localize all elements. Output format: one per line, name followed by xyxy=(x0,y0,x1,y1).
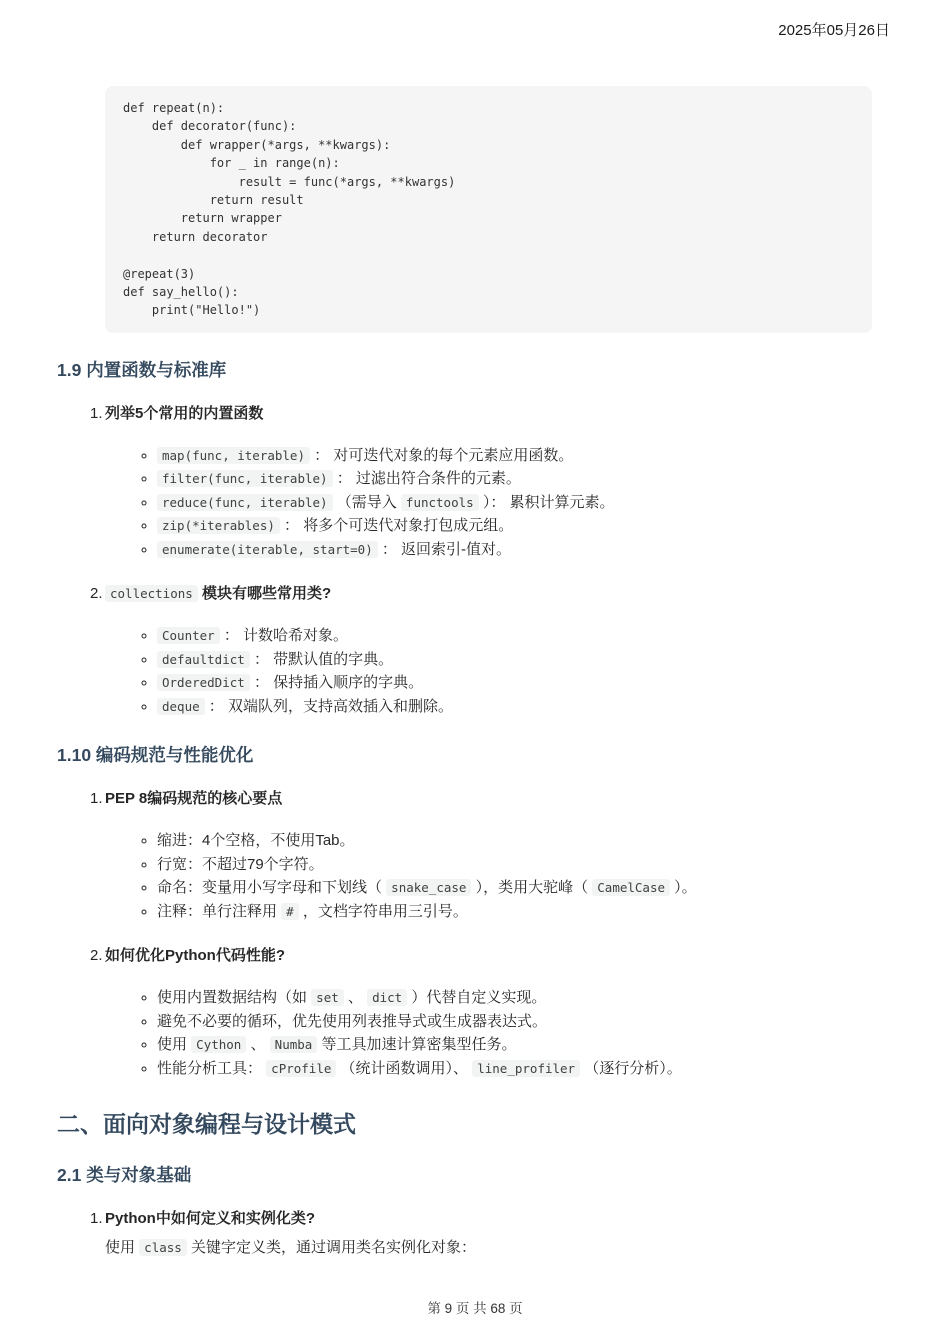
inline-code: dict xyxy=(367,989,407,1006)
text-segment: PEP 8编码规范的核心要点 xyxy=(105,790,282,807)
question-title-line: 2.collections 模块有哪些常用类? xyxy=(57,584,890,604)
text-segment: 避免不必要的循环，优先使用列表推导式或生成器表达式。 xyxy=(157,1013,547,1030)
list-item: 行宽：不超过79个字符。 xyxy=(157,853,890,877)
question-number: 1. xyxy=(90,1209,105,1229)
section-heading-1-9: 1.9 内置函数与标准库 xyxy=(57,360,890,381)
question-number: 2. xyxy=(90,584,105,604)
text-segment: ）： 累积计算元素。 xyxy=(479,494,615,511)
list-item: OrderedDict ： 保持插入顺序的字典。 xyxy=(157,671,890,695)
list-item: 注释：单行注释用 # ，文档字符串用三引号。 xyxy=(157,900,890,924)
list-item: reduce(func, iterable) （需导入 functools ）：… xyxy=(157,491,890,515)
question-title: PEP 8编码规范的核心要点 xyxy=(105,790,282,807)
question-title: collections 模块有哪些常用类? xyxy=(105,585,331,602)
inline-code: set xyxy=(311,989,344,1006)
inline-code: class xyxy=(139,1239,187,1256)
text-segment: ），类用大驼峰（ xyxy=(471,879,592,896)
text-segment: 行宽：不超过79个字符。 xyxy=(157,856,324,873)
bullet-list: Counter ： 计数哈希对象。 defaultdict ： 带默认值的字典。… xyxy=(57,624,890,718)
question-item: 2.如何优化Python代码性能? 使用内置数据结构（如 set 、 dict … xyxy=(57,946,890,1080)
question-number: 1. xyxy=(90,789,105,809)
text-segment: ： 将多个可迭代对象打包成元组。 xyxy=(280,517,513,534)
text-segment: 模块有哪些常用类? xyxy=(198,585,331,602)
document-date: 2025年05月26日 xyxy=(57,22,890,40)
question-title-line: 1.PEP 8编码规范的核心要点 xyxy=(57,789,890,809)
list-item: deque ： 双端队列，支持高效插入和删除。 xyxy=(157,695,890,719)
inline-code: Cython xyxy=(191,1036,246,1053)
inline-code: defaultdict xyxy=(157,651,250,668)
list-item: filter(func, iterable) ： 过滤出符合条件的元素。 xyxy=(157,467,890,491)
inline-code: functools xyxy=(401,494,479,511)
text-segment: ： 对可迭代对象的每个元素应用函数。 xyxy=(310,447,573,464)
inline-code: CamelCase xyxy=(592,879,670,896)
list-item: 避免不必要的循环，优先使用列表推导式或生成器表达式。 xyxy=(157,1010,890,1034)
list-item: defaultdict ： 带默认值的字典。 xyxy=(157,648,890,672)
chapter-heading: 二、面向对象编程与设计模式 xyxy=(57,1110,890,1138)
text-segment: 列举5个常用的内置函数 xyxy=(105,405,263,422)
question-number: 1. xyxy=(90,404,105,424)
question-title-line: 1.Python中如何定义和实例化类? xyxy=(57,1209,890,1229)
text-segment: ： 双端队列，支持高效插入和删除。 xyxy=(205,698,453,715)
inline-code: zip(*iterables) xyxy=(157,517,280,534)
code-block: def repeat(n): def decorator(func): def … xyxy=(105,86,872,333)
text-segment: 注释：单行注释用 xyxy=(157,903,281,920)
text-segment: 、 xyxy=(344,989,367,1006)
text-segment: 使用 xyxy=(157,1036,191,1053)
question-title: 如何优化Python代码性能? xyxy=(105,947,285,964)
text-segment: 缩进：4个空格，不使用Tab。 xyxy=(157,832,355,849)
question-title-line: 1.列举5个常用的内置函数 xyxy=(57,404,890,424)
list-item: Counter ： 计数哈希对象。 xyxy=(157,624,890,648)
text-segment: 性能分析工具： xyxy=(157,1060,266,1077)
text-segment: ： 过滤出符合条件的元素。 xyxy=(333,470,521,487)
question-item: 1.PEP 8编码规范的核心要点 缩进：4个空格，不使用Tab。 行宽：不超过7… xyxy=(57,789,890,923)
question-item: 1.列举5个常用的内置函数 map(func, iterable) ： 对可迭代… xyxy=(57,404,890,562)
text-segment: ： 返回索引-值对。 xyxy=(378,541,511,558)
inline-code: Numba xyxy=(270,1036,318,1053)
inline-code: reduce(func, iterable) xyxy=(157,494,333,511)
bullet-list: 缩进：4个空格，不使用Tab。 行宽：不超过79个字符。 命名：变量用小写字母和… xyxy=(57,829,890,923)
inline-code: snake_case xyxy=(386,879,471,896)
question-title-line: 2.如何优化Python代码性能? xyxy=(57,946,890,966)
text-segment: 使用内置数据结构（如 xyxy=(157,989,311,1006)
inline-code: line_profiler xyxy=(472,1060,580,1077)
inline-code: collections xyxy=(105,585,198,602)
text-segment: ： 带默认值的字典。 xyxy=(250,651,393,668)
page-footer: 第 9 页 共 68 页 xyxy=(0,1297,950,1317)
list-item: 缩进：4个空格，不使用Tab。 xyxy=(157,829,890,853)
code-block-text: def repeat(n): def decorator(func): def … xyxy=(123,101,455,317)
text-segment: ，文档字符串用三引号。 xyxy=(299,903,468,920)
question-number: 2. xyxy=(90,946,105,966)
inline-code: # xyxy=(281,903,299,920)
answer-paragraph: 使用 class 关键字定义类，通过调用类名实例化对象： xyxy=(57,1236,890,1260)
inline-code: Counter xyxy=(157,627,220,644)
text-segment: ： 计数哈希对象。 xyxy=(220,627,348,644)
text-segment: （统计函数调用）、 xyxy=(336,1060,472,1077)
inline-code: map(func, iterable) xyxy=(157,447,310,464)
bullet-list: map(func, iterable) ： 对可迭代对象的每个元素应用函数。 f… xyxy=(57,444,890,562)
inline-code: filter(func, iterable) xyxy=(157,470,333,487)
text-segment: （逐行分析）。 xyxy=(580,1060,682,1077)
list-item: 使用内置数据结构（如 set 、 dict ）代替自定义实现。 xyxy=(157,986,890,1010)
section-heading-1-10: 1.10 编码规范与性能优化 xyxy=(57,745,890,766)
text-segment: ）。 xyxy=(670,879,697,896)
inline-code: cProfile xyxy=(266,1060,336,1077)
list-item: 使用 Cython 、 Numba 等工具加速计算密集型任务。 xyxy=(157,1033,890,1057)
bullet-list: 使用内置数据结构（如 set 、 dict ）代替自定义实现。 避免不必要的循环… xyxy=(57,986,890,1080)
text-segment: 等工具加速计算密集型任务。 xyxy=(317,1036,516,1053)
text-segment: （需导入 xyxy=(333,494,401,511)
document-page: 2025年05月26日 def repeat(n): def decorator… xyxy=(0,0,950,1260)
text-segment: 如何优化Python代码性能? xyxy=(105,947,285,964)
question-title: 列举5个常用的内置函数 xyxy=(105,405,263,422)
question-title: Python中如何定义和实例化类? xyxy=(105,1210,315,1227)
text-segment: 使用 xyxy=(105,1239,139,1256)
text-segment: 命名：变量用小写字母和下划线（ xyxy=(157,879,386,896)
section-heading-2-1: 2.1 类与对象基础 xyxy=(57,1165,890,1186)
text-segment: ： 保持插入顺序的字典。 xyxy=(250,674,423,691)
inline-code: enumerate(iterable, start=0) xyxy=(157,541,378,558)
question-item: 2.collections 模块有哪些常用类? Counter ： 计数哈希对象… xyxy=(57,584,890,718)
list-item: zip(*iterables) ： 将多个可迭代对象打包成元组。 xyxy=(157,514,890,538)
text-segment: 关键字定义类，通过调用类名实例化对象： xyxy=(187,1239,476,1256)
list-item: map(func, iterable) ： 对可迭代对象的每个元素应用函数。 xyxy=(157,444,890,468)
list-item: 命名：变量用小写字母和下划线（ snake_case ），类用大驼峰（ Came… xyxy=(157,876,890,900)
text-segment: 、 xyxy=(246,1036,269,1053)
question-item: 1.Python中如何定义和实例化类? 使用 class 关键字定义类，通过调用… xyxy=(57,1209,890,1260)
text-segment: ）代替自定义实现。 xyxy=(407,989,546,1006)
text-segment: Python中如何定义和实例化类? xyxy=(105,1210,315,1227)
inline-code: OrderedDict xyxy=(157,674,250,691)
list-item: enumerate(iterable, start=0) ： 返回索引-值对。 xyxy=(157,538,890,562)
inline-code: deque xyxy=(157,698,205,715)
list-item: 性能分析工具： cProfile （统计函数调用）、 line_profiler… xyxy=(157,1057,890,1081)
